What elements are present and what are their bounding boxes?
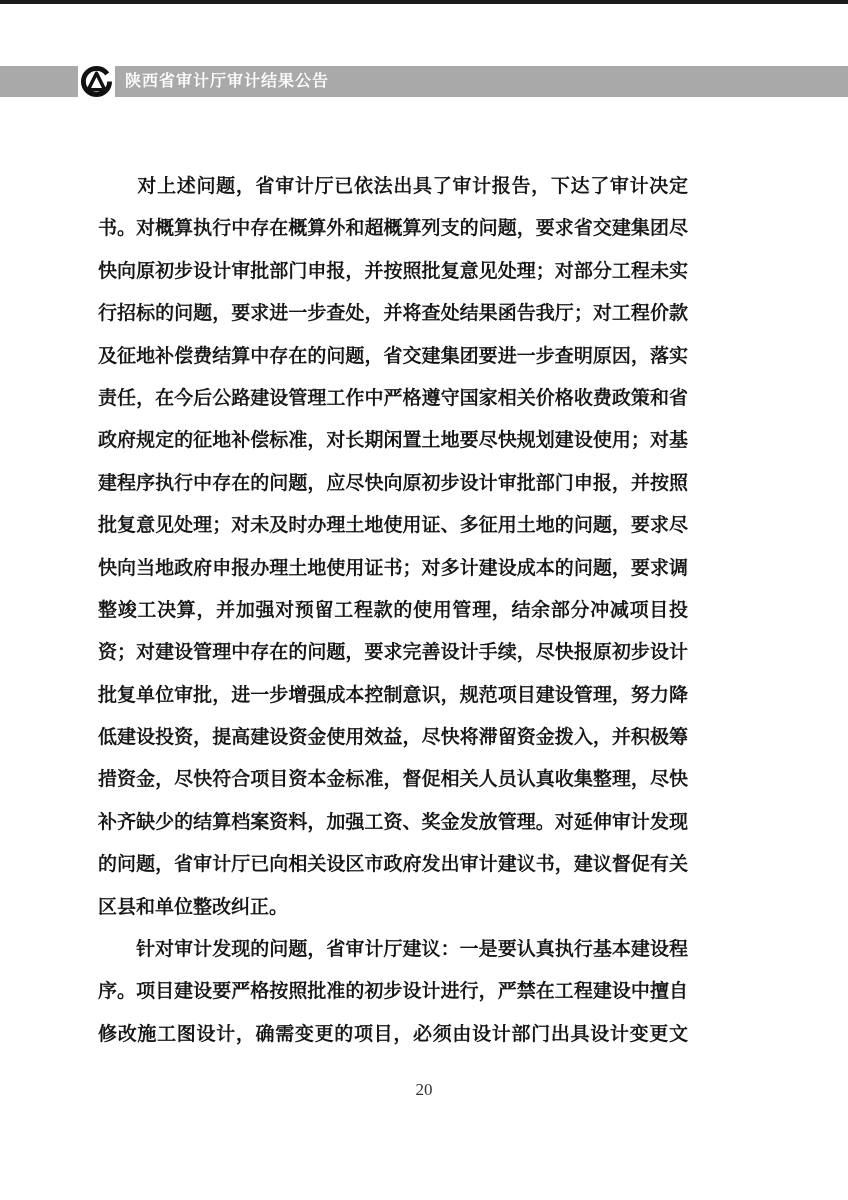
header-title: 陕西省审计厅审计结果公告: [125, 66, 329, 97]
body-text: 对上述问题，省审计厅已依法出具了审计报告，下达了审计决定书。对概算执行中存在概算…: [98, 166, 688, 1056]
text-line: 责任，在今后公路建设管理工作中严格遵守国家相关价格收费政策和省: [98, 378, 688, 420]
document-page: 陕西省审计厅审计结果公告 对上述问题，省审计厅已依法出具了审计报告，下达了审计决…: [0, 0, 848, 1200]
page-top-edge: [0, 0, 848, 4]
text-line: 及征地补偿费结算中存在的问题，省交建集团要进一步查明原因，落实: [98, 336, 688, 378]
text-line: 整竣工决算，并加强对预留工程款的使用管理，结余部分冲减项目投: [98, 590, 688, 632]
text-line: 针对审计发现的问题，省审计厅建议：一是要认真执行基本建设程: [98, 929, 688, 971]
text-line: 措资金，尽快符合项目资本金标准，督促相关人员认真收集整理，尽快: [98, 759, 688, 801]
text-line: 快向原初步设计审批部门申报，并按照批复意见处理；对部分工程未实: [98, 251, 688, 293]
text-line: 批复意见处理；对未及时办理土地使用证、多征用土地的问题，要求尽: [98, 505, 688, 547]
text-line: 书。对概算执行中存在概算外和超概算列支的问题，要求省交建集团尽: [98, 208, 688, 250]
text-line: 建程序执行中存在的问题，应尽快向原初步设计审批部门申报，并按照: [98, 463, 688, 505]
text-line: 修改施工图设计，确需变更的项目，必须由设计部门出具设计变更文: [98, 1014, 688, 1056]
text-line: 快向当地政府申报办理土地使用证书；对多计建设成本的问题，要求调: [98, 548, 688, 590]
text-line: 低建设投资，提高建设资金使用效益，尽快将滞留资金拨入，并积极筹: [98, 717, 688, 759]
text-line: 对上述问题，省审计厅已依法出具了审计报告，下达了审计决定: [98, 166, 688, 208]
logo-container: [78, 63, 115, 100]
page-number: 20: [0, 1080, 848, 1100]
text-line: 批复单位审批，进一步增强成本控制意识，规范项目建设管理，努力降: [98, 675, 688, 717]
text-line: 区县和单位整改纠正。: [98, 887, 688, 929]
text-line: 序。项目建设要严格按照批准的初步设计进行，严禁在工程建设中擅自: [98, 971, 688, 1013]
text-line: 资；对建设管理中存在的问题，要求完善设计手续，尽快报原初步设计: [98, 632, 688, 674]
text-line: 行招标的问题，要求进一步查处，并将查处结果函告我厅；对工程价款: [98, 293, 688, 335]
audit-emblem-icon: [80, 65, 113, 98]
text-line: 政府规定的征地补偿标准，对长期闲置土地要尽快规划建设使用；对基: [98, 420, 688, 462]
text-line: 的问题，省审计厅已向相关设区市政府发出审计建议书，建议督促有关: [98, 844, 688, 886]
text-line: 补齐缺少的结算档案资料，加强工资、奖金发放管理。对延伸审计发现: [98, 802, 688, 844]
